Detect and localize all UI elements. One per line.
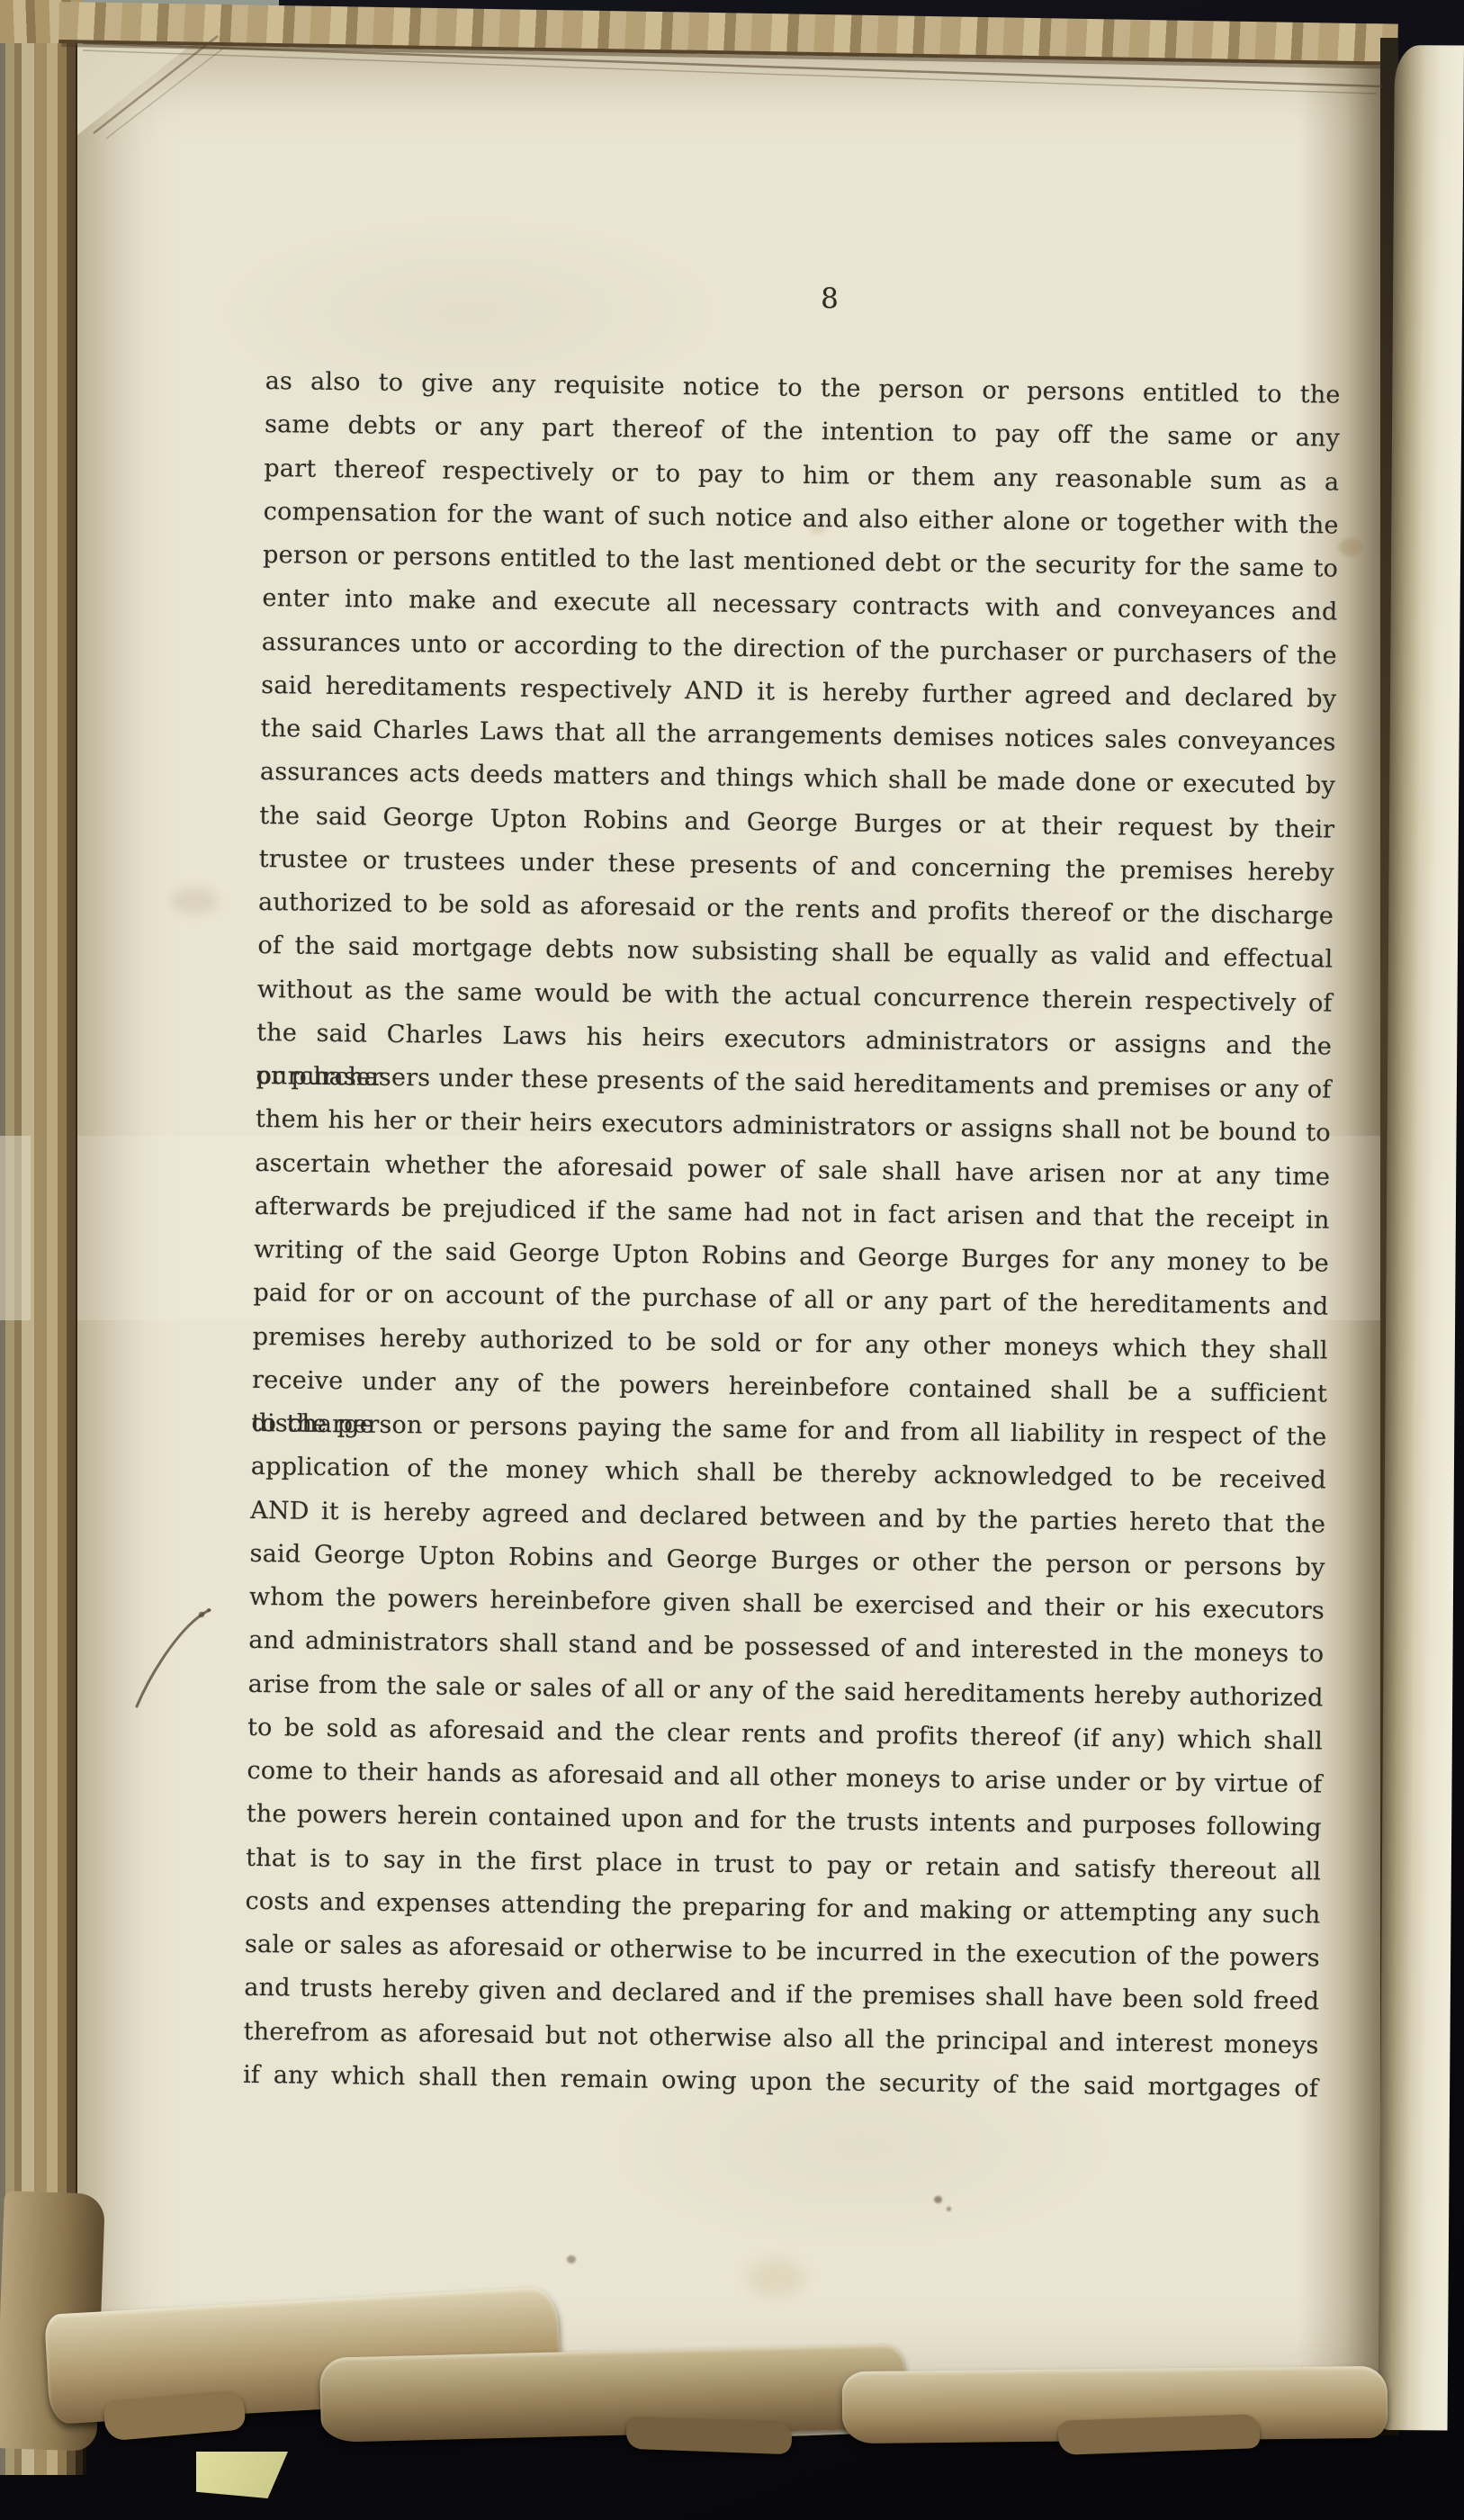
repair-tape: [0, 1136, 31, 1320]
paper-slip: [196, 2452, 288, 2498]
torn-page-edges: [625, 2416, 792, 2454]
page-number: 8: [810, 283, 849, 315]
stain: [947, 2207, 951, 2211]
stain: [934, 2196, 942, 2203]
stain: [1339, 538, 1362, 556]
book-scan: 8 as also to give any requisite notice t…: [0, 0, 1464, 2520]
torn-page-edges: [1057, 2414, 1260, 2455]
stain: [171, 887, 218, 914]
torn-page-edges: [319, 2344, 906, 2443]
text-block: as also to give any requisite notice to …: [243, 360, 1341, 2110]
stain: [747, 2259, 804, 2297]
stain: [567, 2255, 576, 2263]
